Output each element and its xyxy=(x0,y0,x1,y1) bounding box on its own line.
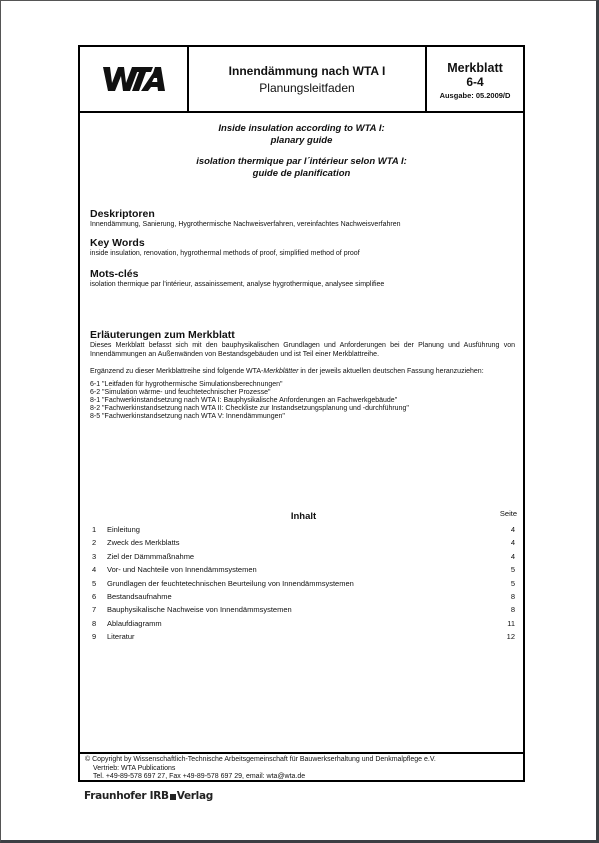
keywords-heading: Key Words xyxy=(90,237,515,249)
toc-entry-number: 6 xyxy=(92,590,96,603)
toc-entry-label: Bestandsaufnahme xyxy=(107,590,172,603)
toc-entry[interactable]: 8Ablaufdiagramm11 xyxy=(90,617,517,630)
toc-entry[interactable]: 3Ziel der Dämmmaßnahme4 xyxy=(90,550,517,563)
toc-entry-number: 8 xyxy=(92,617,96,630)
toc-header: Inhalt Seite xyxy=(90,509,517,523)
toc-entry-page: 4 xyxy=(511,523,515,536)
mots-cles-text: isolation thermique par l'intérieur, ass… xyxy=(90,280,515,289)
toc-entry-page: 5 xyxy=(511,577,515,590)
descriptors-section: Deskriptoren Innendämmung, Sanierung, Hy… xyxy=(90,208,515,229)
explanation-para2: Ergänzend zu dieser Merkblattreihe sind … xyxy=(90,367,515,376)
reference-item: 8-1 "Fachwerkinstandsetzung nach WTA I: … xyxy=(90,397,515,405)
toc-entry-label: Bauphysikalische Nachweise von Innendämm… xyxy=(107,603,292,616)
toc-entry-number: 9 xyxy=(92,630,96,643)
para2-italic: Merkblätter xyxy=(263,368,298,375)
reference-item: 8-5 "Fachwerkinstandsetzung nach WTA V: … xyxy=(90,413,515,421)
toc-entry-number: 1 xyxy=(92,523,96,536)
publisher-name-b: Verlag xyxy=(177,790,213,802)
toc-entry[interactable]: 6Bestandsaufnahme8 xyxy=(90,590,517,603)
toc-entry-page: 4 xyxy=(511,550,515,563)
toc-entry-label: Literatur xyxy=(107,630,135,643)
english-title-line1: Inside insulation according to WTA I: xyxy=(80,123,523,135)
french-title-line2: guide de planification xyxy=(80,168,523,180)
toc-entry-number: 5 xyxy=(92,577,96,590)
toc-entry-number: 3 xyxy=(92,550,96,563)
wta-logo xyxy=(80,47,189,111)
toc-entry-label: Grundlagen der feuchtetechnischen Beurte… xyxy=(107,577,354,590)
french-title-line1: isolation thermique par l´intérieur selo… xyxy=(80,156,523,168)
toc-entry-page: 8 xyxy=(511,603,515,616)
mots-cles-heading: Mots-clés xyxy=(90,268,515,280)
descriptors-text: Innendämmung, Sanierung, Hygrothermische… xyxy=(90,220,515,229)
document-subtitle: Planungsleitfaden xyxy=(189,81,425,95)
explanation-para1: Dieses Merkblatt befasst sich mit den ba… xyxy=(90,341,515,359)
square-icon xyxy=(170,794,176,800)
toc-entry-page: 11 xyxy=(507,617,515,630)
toc-entry[interactable]: 2Zweck des Merkblatts4 xyxy=(90,536,517,549)
reference-item: 8-2 "Fachwerkinstandsetzung nach WTA II:… xyxy=(90,405,515,413)
keywords-text: inside insulation, renovation, hygrother… xyxy=(90,249,515,258)
publisher-name-a: Fraunhofer IRB xyxy=(84,790,169,802)
translated-titles: Inside insulation according to WTA I: pl… xyxy=(80,123,523,180)
explanation-heading: Erläuterungen zum Merkblatt xyxy=(90,329,515,341)
toc-entry[interactable]: 9Literatur12 xyxy=(90,630,517,643)
doc-number: 6-4 xyxy=(427,75,523,89)
distribution-text: Vertrieb: WTA Publications xyxy=(85,765,523,774)
copyright-footer: © Copyright by Wissenschaftlich-Technisc… xyxy=(80,752,523,780)
toc-entry[interactable]: 5Grundlagen der feuchtetechnischen Beurt… xyxy=(90,577,517,590)
toc-entry-page: 5 xyxy=(511,563,515,576)
toc-title: Inhalt xyxy=(90,511,517,522)
publisher-logo: Fraunhofer IRBVerlag xyxy=(84,790,213,802)
table-of-contents: Inhalt Seite 1Einleitung42Zweck des Merk… xyxy=(90,509,517,644)
toc-entry-number: 4 xyxy=(92,563,96,576)
toc-entry-page: 4 xyxy=(511,536,515,549)
toc-entry-label: Zweck des Merkblatts xyxy=(107,536,180,549)
toc-entry-label: Einleitung xyxy=(107,523,140,536)
doc-type: Merkblatt xyxy=(427,61,523,75)
header-title-cell: Innendämmung nach WTA I Planungsleitfade… xyxy=(189,47,427,111)
toc-entry[interactable]: 1Einleitung4 xyxy=(90,523,517,536)
toc-entry-number: 2 xyxy=(92,536,96,549)
keywords-section: Key Words inside insulation, renovation,… xyxy=(90,237,515,258)
toc-entry-page: 8 xyxy=(511,590,515,603)
explanation-section: Erläuterungen zum Merkblatt Dieses Merkb… xyxy=(90,329,515,421)
toc-entry[interactable]: 4Vor- und Nachteile von Innendämmsysteme… xyxy=(90,563,517,576)
wta-logo-icon xyxy=(101,63,167,95)
english-title-line2: planary guide xyxy=(80,135,523,147)
edition: Ausgabe: 05.2009/D xyxy=(427,91,523,100)
document-frame: Innendämmung nach WTA I Planungsleitfade… xyxy=(78,45,525,782)
toc-entry-label: Ziel der Dämmmaßnahme xyxy=(107,550,194,563)
copyright-text: © Copyright by Wissenschaftlich-Technisc… xyxy=(85,756,523,765)
document-title: Innendämmung nach WTA I xyxy=(189,64,425,78)
toc-entry-page: 12 xyxy=(507,630,515,643)
contact-text: Tel. +49-89-578 697 27, Fax +49-89-578 6… xyxy=(85,773,523,782)
toc-entry[interactable]: 7Bauphysikalische Nachweise von Innendäm… xyxy=(90,603,517,616)
toc-entry-label: Ablaufdiagramm xyxy=(107,617,162,630)
reference-list: 6-1 "Leitfaden für hygrothermische Simul… xyxy=(90,381,515,421)
toc-entry-label: Vor- und Nachteile von Innendämmsystemen xyxy=(107,563,257,576)
toc-list: 1Einleitung42Zweck des Merkblatts43Ziel … xyxy=(90,523,517,644)
reference-item: 6-1 "Leitfaden für hygrothermische Simul… xyxy=(90,381,515,389)
header-number-cell: Merkblatt 6-4 Ausgabe: 05.2009/D xyxy=(427,47,523,111)
toc-page-label: Seite xyxy=(500,509,517,518)
toc-entry-number: 7 xyxy=(92,603,96,616)
para2-text-b: in der jeweils aktuellen deutschen Fassu… xyxy=(298,368,483,375)
mots-cles-section: Mots-clés isolation thermique par l'inté… xyxy=(90,268,515,289)
reference-item: 6-2 "Simulation wärme- und feuchtetechni… xyxy=(90,389,515,397)
document-header: Innendämmung nach WTA I Planungsleitfade… xyxy=(80,47,523,113)
descriptors-heading: Deskriptoren xyxy=(90,208,515,220)
para2-text-a: Ergänzend zu dieser Merkblattreihe sind … xyxy=(90,368,263,375)
